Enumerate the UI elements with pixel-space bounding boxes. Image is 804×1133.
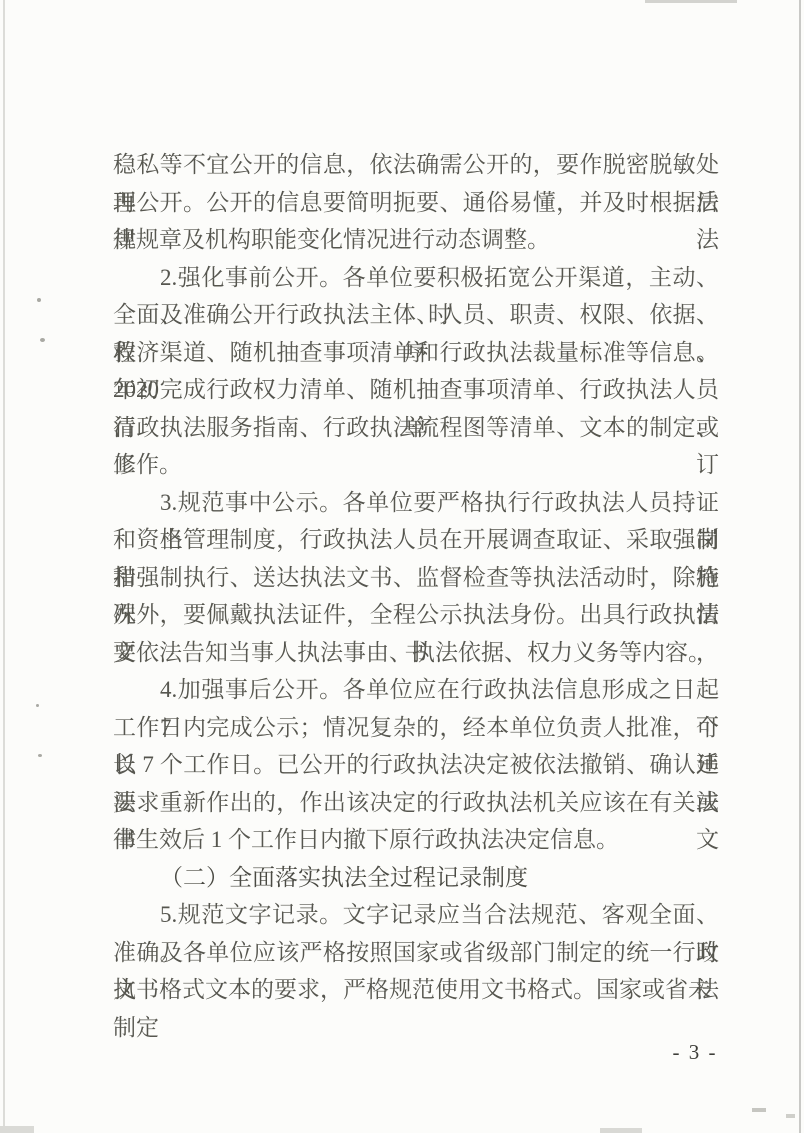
- dust-speck: [40, 338, 45, 342]
- paragraph-item-5: 5.规范文字记录。文字记录应当合法规范、客观全面、及时准确。各单位应该严格按照国…: [113, 896, 719, 1009]
- text-line: 行政执法服务指南、行政执法流程图等清单、文本的制定或修订: [113, 409, 719, 447]
- scan-smudge-bottom-right-2: [786, 1114, 795, 1118]
- dust-speck: [36, 704, 39, 707]
- scan-smudge-bottom-center: [600, 1128, 642, 1133]
- dust-speck: [37, 298, 41, 302]
- scanned-document-page: 稳私等不宜公开的信息，依法确需公开的，要作脱密脱敏处理后再公开。公开的信息要简明…: [0, 0, 804, 1133]
- text-line: 3.规范事中公示。各单位要严格执行行政执法人员持证上岗: [113, 484, 719, 522]
- text-line: 工作日内完成公示；情况复杂的，经本单位负责人批准，可以延: [113, 709, 719, 747]
- paragraph-item-3: 3.规范事中公示。各单位要严格执行行政执法人员持证上岗和资格管理制度，行政执法人…: [113, 484, 719, 672]
- text-line: 和资格管理制度，行政执法人员在开展调查取证、采取强制措施: [113, 521, 719, 559]
- text-line: （二）全面落实执法全过程记录制度: [113, 859, 719, 897]
- text-line: 准确。各单位应该严格按照国家或省级部门制定的统一行政执法: [113, 934, 719, 972]
- text-line: 全面、准确公开行政执法主体、人员、职责、权限、依据、程序、: [113, 296, 719, 334]
- document-body-text: 稳私等不宜公开的信息，依法确需公开的，要作脱密脱敏处理后再公开。公开的信息要简明…: [113, 146, 719, 1009]
- dust-speck: [38, 754, 42, 757]
- text-line: 4.加强事后公开。各单位应在行政执法信息形成之日起 7 个: [113, 671, 719, 709]
- text-line: 2.强化事前公开。各单位要积极拓宽公开渠道，主动、及时、: [113, 259, 719, 297]
- text-line: 况外，要佩戴执法证件，全程公示执法身份。出具行政执法文书，: [113, 596, 719, 634]
- scan-smudge-top: [645, 0, 737, 3]
- page-number: - 3 -: [660, 1040, 730, 1065]
- scan-edge-left-line: [3, 0, 5, 1133]
- paragraph-item-2: 2.强化事前公开。各单位要积极拓宽公开渠道，主动、及时、全面、准确公开行政执法主…: [113, 259, 719, 484]
- text-line: 稳私等不宜公开的信息，依法确需公开的，要作脱密脱敏处理后: [113, 146, 719, 184]
- text-line: 5.规范文字记录。文字记录应当合法规范、客观全面、及时: [113, 896, 719, 934]
- text-line: 再公开。公开的信息要简明扼要、通俗易懂，并及时根据法律法: [113, 184, 719, 222]
- text-line: 文书格式文本的要求，严格规范使用文书格式。国家或省未制定: [113, 971, 719, 1009]
- text-line: 年初完成行政权力清单、随机抽查事项清单、行政执法人员清单、: [113, 371, 719, 409]
- scan-smudge-bottom-right: [752, 1108, 766, 1112]
- text-line: 要依法告知当事人执法事由、执法依据、权力义务等内容。: [113, 634, 719, 672]
- scan-smudge-bottom-left: [0, 1126, 34, 1133]
- scan-edge-right-line: [799, 0, 801, 1133]
- text-line: 要求重新作出的，作出该决定的行政执法机关应该在有关法律文: [113, 784, 719, 822]
- paragraph-continuation: 稳私等不宜公开的信息，依法确需公开的，要作脱密脱敏处理后再公开。公开的信息要简明…: [113, 146, 719, 259]
- text-line: 救济渠道、随机抽查事项清单和行政执法裁量标准等信息。2020: [113, 334, 719, 372]
- paragraph-item-4: 4.加强事后公开。各单位应在行政执法信息形成之日起 7 个工作日内完成公示；情况…: [113, 671, 719, 859]
- heading-section-2: （二）全面落实执法全过程记录制度: [113, 859, 719, 897]
- text-line: 长 7 个工作日。已公开的行政执法决定被依法撤销、确认违法或: [113, 746, 719, 784]
- text-line: 和强制执行、送达执法文书、监督检查等执法活动时，除特殊情: [113, 559, 719, 597]
